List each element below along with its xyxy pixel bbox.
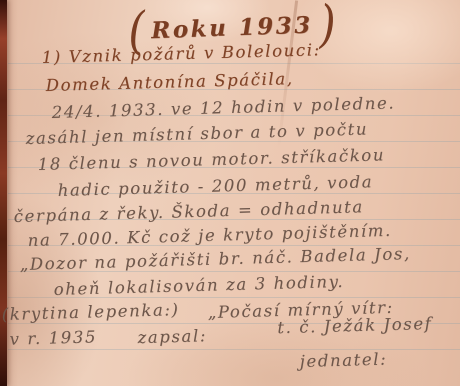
note-roof-material: (krytina lepenka:) <box>1 300 179 324</box>
handwritten-line: zasáhl jen místní sbor a to v počtu <box>25 119 368 148</box>
handwritten-line: čerpána z řeky. Škoda = odhadnuta <box>13 197 364 226</box>
page-title: Roku 1933 <box>151 12 313 45</box>
record-year: v r. 1935 <box>9 327 97 348</box>
handwritten-line-heading: 1) Vznik požárů v Bolelouci: <box>41 40 321 67</box>
handwritten-line: Domek Antonína Spáčila, <box>45 69 293 95</box>
recorded-by-label: zapsal: <box>137 326 207 347</box>
signature-name: t. č. Ježák Josef <box>277 314 433 337</box>
handwritten-line: oheň lokalisován za 3 hodiny. <box>53 272 344 299</box>
signature-role: jednatel: <box>299 350 387 371</box>
chronicle-page: ( Roku 1933 ) 1) Vznik požárů v Bolelouc… <box>0 0 460 386</box>
handwritten-line: 24/4. 1933. ve 12 hodin v poledne. <box>51 93 395 122</box>
handwritten-line: 18 členu s novou motor. stříkačkou <box>37 145 385 174</box>
handwritten-line: hadic použito - 200 metrů, voda <box>57 172 373 200</box>
title-swash-close-icon: ) <box>318 2 337 48</box>
footer-row: v r. 1935 zapsal: t. č. Ježák Josef <box>0 317 460 356</box>
binding-edge <box>0 0 7 386</box>
